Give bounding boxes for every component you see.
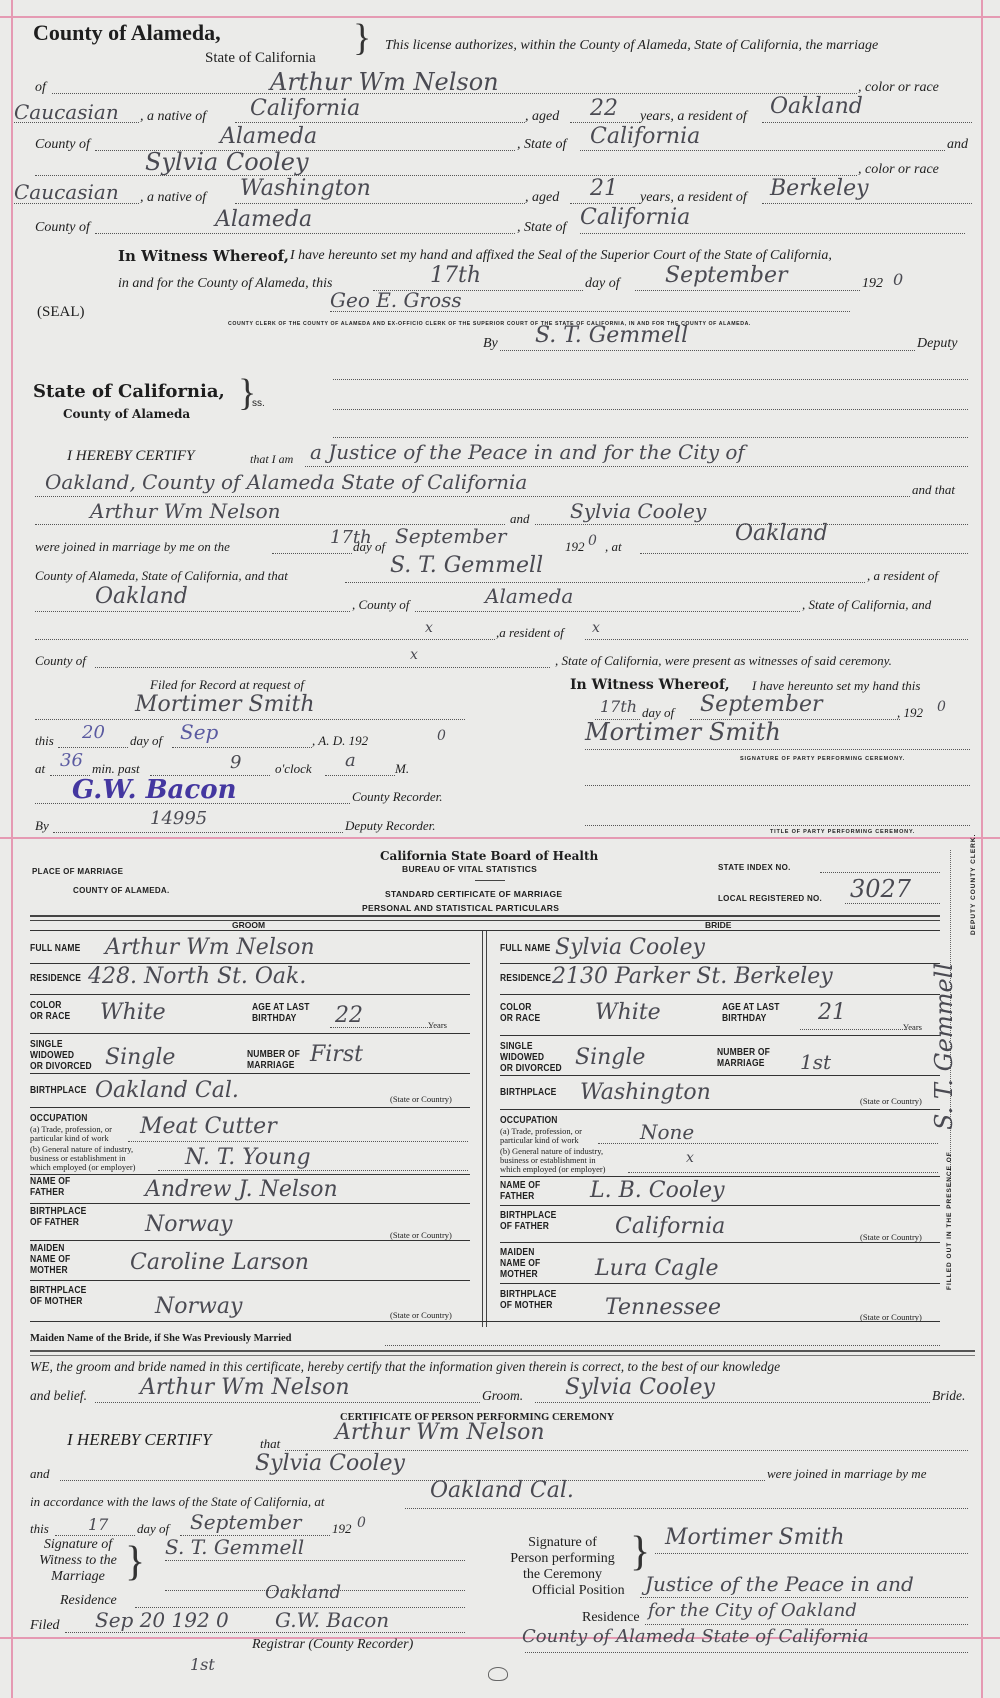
groom-single-label-1: SINGLE bbox=[30, 1039, 63, 1050]
cert-county-label-2: County of bbox=[35, 653, 86, 669]
groom-fbirth-label-1: BIRTHPLACE bbox=[30, 1206, 86, 1217]
filing-year-digit: 0 bbox=[437, 728, 446, 744]
bride-fbirth-label-2: OF FATHER bbox=[500, 1221, 549, 1232]
groom-age-label-1: AGE AT LAST bbox=[252, 1002, 310, 1013]
groom-color-label-1: COLOR bbox=[30, 1000, 62, 1011]
license-bride-race: Caucasian bbox=[14, 180, 119, 204]
bride-occupation-employer: x bbox=[686, 1150, 694, 1166]
recorder-signature: G.W. Bacon bbox=[72, 775, 236, 805]
filed-label: Filed bbox=[30, 1618, 60, 1634]
groom-age-label-2: BIRTHDAY bbox=[252, 1013, 297, 1024]
license-bride-name: Sylvia Cooley bbox=[145, 148, 309, 176]
groom-mbirth-hint: (State or Country) bbox=[390, 1311, 452, 1320]
years-resident-label: years, a resident of bbox=[640, 109, 747, 125]
bride-residence-label: RESIDENCE bbox=[500, 973, 551, 984]
bride-mother-maiden-name: Lura Cagle bbox=[595, 1256, 719, 1281]
license-groom-county: Alameda bbox=[220, 124, 317, 149]
bride-rule-4 bbox=[500, 1075, 940, 1076]
cert-at-label: , at bbox=[605, 539, 622, 555]
officiant-witness-heading: In Witness Whereof, bbox=[570, 677, 730, 693]
local-reg-line bbox=[845, 903, 940, 904]
bride-occ-a-dots bbox=[598, 1143, 938, 1144]
filing-deputy-value: 14995 bbox=[150, 808, 207, 829]
bride-age-dots bbox=[800, 1029, 905, 1030]
declaration-text: WE, the groom and bride named in this ce… bbox=[30, 1359, 780, 1375]
state-index-line bbox=[820, 872, 940, 873]
cert-county-heading: County of Alameda bbox=[63, 407, 190, 421]
deputy-recorder-label: Deputy Recorder. bbox=[345, 818, 436, 834]
native-of-label-2: , a native of bbox=[140, 190, 206, 206]
bride-occ-a2: particular kind of work bbox=[500, 1136, 579, 1145]
groom-father-label-2: FATHER bbox=[30, 1187, 64, 1198]
groom-rule-9 bbox=[30, 1280, 470, 1281]
groom-single-label-3: OR DIVORCED bbox=[30, 1061, 92, 1072]
witness1-county: Alameda bbox=[485, 584, 573, 608]
groom-rule-10 bbox=[30, 1321, 940, 1322]
side-signature: S. T. Gemmell bbox=[930, 963, 958, 1130]
maiden-double-rule bbox=[30, 1350, 975, 1356]
side-caption-clerk: DEPUTY COUNTY CLERK. bbox=[970, 834, 977, 935]
by-label: By bbox=[483, 336, 498, 352]
deputy-signature: S. T. Gemmell bbox=[535, 323, 688, 348]
groom-full-name: Arthur Wm Nelson bbox=[105, 935, 315, 960]
day-of-label: day of bbox=[585, 276, 620, 292]
cert-place-line bbox=[640, 553, 968, 554]
license-bride-state: California bbox=[580, 205, 690, 230]
groom-residence-label: RESIDENCE bbox=[30, 973, 81, 984]
oclock-label: o'clock bbox=[275, 761, 312, 777]
license-authorization-text: This license authorizes, within the Coun… bbox=[385, 38, 878, 54]
witness2-city-line bbox=[585, 639, 968, 640]
license-groom-state: California bbox=[590, 124, 700, 149]
bride-resident-line bbox=[762, 203, 972, 204]
clerk-signature: Geo E. Gross bbox=[330, 288, 462, 312]
groom-age: 22 bbox=[335, 1003, 363, 1028]
bride-state-line bbox=[580, 233, 965, 234]
maiden-name-label: Maiden Name of the Bride, if She Was Pre… bbox=[30, 1333, 292, 1344]
ceremony-bride-line bbox=[60, 1480, 765, 1481]
license-bride-county: Alameda bbox=[215, 207, 312, 232]
bride-age-line bbox=[570, 203, 640, 204]
filing-requester: Mortimer Smith bbox=[135, 692, 315, 717]
seal-label: (SEAL) bbox=[37, 304, 85, 321]
ceremony-place: Oakland Cal. bbox=[430, 1478, 574, 1503]
witness1-name: S. T. Gemmell bbox=[390, 553, 543, 578]
ceremony-month: September bbox=[190, 1510, 301, 1534]
bride-mbirth-label-1: BIRTHPLACE bbox=[500, 1289, 556, 1300]
officiant-year-prefix: , 192 bbox=[897, 705, 923, 721]
standard-cert-title: STANDARD CERTIFICATE OF MARRIAGE bbox=[385, 889, 562, 899]
bride-rule-3 bbox=[500, 1035, 940, 1036]
groom-rule-7 bbox=[30, 1203, 470, 1204]
joined-label: were joined in marriage by me on the bbox=[35, 539, 230, 555]
bride-rule-7 bbox=[500, 1205, 940, 1206]
cert-day-line bbox=[272, 553, 352, 554]
filed-request-label: Filed for Record at request of bbox=[150, 677, 304, 693]
groom-years-label: Years bbox=[428, 1021, 447, 1030]
bride-residence: 2130 Parker St. Berkeley bbox=[552, 964, 833, 989]
ceremony-place-line bbox=[405, 1508, 968, 1509]
cert-and-label: and bbox=[510, 511, 530, 527]
officiant-title-caption-line bbox=[585, 825, 970, 826]
groom-rule-8 bbox=[30, 1240, 470, 1241]
bureau-title: BUREAU OF VITAL STATISTICS bbox=[402, 864, 537, 874]
performer-label-3: the Ceremony bbox=[505, 1567, 620, 1583]
license-brace: } bbox=[353, 18, 371, 58]
bride-fbirth-label-1: BIRTHPLACE bbox=[500, 1210, 556, 1221]
cert-year-digit: 0 bbox=[588, 533, 597, 549]
groom-father-name: Andrew J. Nelson bbox=[145, 1177, 338, 1202]
groom-fbirth-hint: (State or Country) bbox=[390, 1231, 452, 1240]
license-groom-race: Caucasian bbox=[14, 100, 119, 124]
license-county-title: County of Alameda, bbox=[33, 20, 221, 46]
title-caption: TITLE OF PARTY PERFORMING CEREMONY. bbox=[770, 829, 915, 835]
filing-day-line bbox=[58, 747, 128, 748]
bride-age-label-2: BIRTHDAY bbox=[722, 1013, 767, 1024]
performer-residence-2: County of Alameda State of California bbox=[522, 1626, 869, 1647]
groom-full-name-label: FULL NAME bbox=[30, 943, 80, 954]
cert-month: September bbox=[395, 524, 506, 548]
bride-race-line bbox=[14, 203, 139, 204]
license-year-digit: 0 bbox=[893, 270, 903, 289]
and-that-label: and that bbox=[912, 482, 955, 498]
performer-residence-1: for the City of Oakland bbox=[648, 1600, 857, 1621]
filing-day: 20 bbox=[82, 722, 105, 743]
bride-years-label: Years bbox=[903, 1023, 922, 1032]
groom-num-label-2: MARRIAGE bbox=[247, 1060, 295, 1071]
bride-father-label-2: FATHER bbox=[500, 1191, 534, 1202]
witness2-name-line bbox=[35, 639, 495, 640]
bride-native-line bbox=[235, 203, 525, 204]
county-of-label: County of bbox=[35, 137, 90, 153]
filing-day-of-label: day of bbox=[130, 733, 162, 749]
ceremony-day-line bbox=[55, 1535, 135, 1536]
groom-signature: Arthur Wm Nelson bbox=[140, 1375, 350, 1400]
bride-birthplace-label: BIRTHPLACE bbox=[500, 1087, 556, 1098]
officiant-day: 17th bbox=[600, 697, 637, 716]
bride-mother-label-3: MOTHER bbox=[500, 1269, 538, 1280]
filing-month-line bbox=[172, 747, 312, 748]
ceremony-joined-label: were joined in marriage by me bbox=[767, 1466, 926, 1482]
bureau-divider bbox=[475, 880, 505, 881]
groom-residence: 428. North St. Oak. bbox=[88, 964, 306, 989]
cert-groom-name: Arthur Wm Nelson bbox=[90, 499, 281, 523]
ceremony-bride: Sylvia Cooley bbox=[255, 1451, 405, 1476]
performer-label-2: Person performing bbox=[505, 1551, 620, 1567]
requester-line bbox=[35, 719, 465, 720]
witness-residence-label: Residence bbox=[60, 1593, 117, 1609]
bride-number-of-marriage: 1st bbox=[800, 1050, 831, 1074]
m-label: M. bbox=[395, 761, 409, 777]
officiant-title-1: a Justice of the Peace in and for the Ci… bbox=[310, 440, 745, 464]
local-reg-value: 3027 bbox=[850, 875, 911, 903]
groom-state-line bbox=[580, 150, 945, 151]
bride-birthplace-hint: (State or Country) bbox=[860, 1097, 922, 1106]
groom-birthplace-hint: (State or Country) bbox=[390, 1095, 452, 1104]
performer-residence-line-1 bbox=[645, 1624, 968, 1625]
groom-rule-4 bbox=[30, 1073, 470, 1074]
bride-county-line bbox=[95, 233, 515, 234]
license-bride-resident: Berkeley bbox=[770, 176, 869, 201]
bride-rule-5 bbox=[500, 1109, 940, 1110]
witness-signature-line-1 bbox=[165, 1560, 465, 1561]
marriage-record-page: County of Alameda, State of California }… bbox=[0, 0, 1000, 1698]
registrar-signature: G.W. Bacon bbox=[275, 1608, 389, 1632]
cert-certify-label: I HEREBY CERTIFY bbox=[67, 448, 195, 465]
maiden-name-line bbox=[385, 1345, 940, 1346]
filing-at-label: at bbox=[35, 761, 45, 777]
bride-header: BRIDE bbox=[705, 920, 731, 930]
performer-brace: } bbox=[630, 1530, 650, 1574]
bride-single-label-3: OR DIVORCED bbox=[500, 1063, 562, 1074]
bride-full-name: Sylvia Cooley bbox=[555, 935, 705, 960]
county-recorder-label: County Recorder. bbox=[352, 789, 443, 805]
groom-mother-maiden-name: Caroline Larson bbox=[130, 1250, 309, 1275]
blank-line-3 bbox=[333, 437, 968, 438]
groom-mother-birthplace: Norway bbox=[155, 1294, 242, 1319]
color-race-label: , color or race bbox=[858, 80, 939, 96]
witness-sig-label-1: Signature of bbox=[33, 1537, 123, 1553]
license-day: 17th bbox=[430, 263, 481, 288]
officiant-month: September bbox=[700, 692, 823, 717]
filed-value: Sep 20 192 0 bbox=[95, 1608, 229, 1632]
groom-rule-5 bbox=[30, 1107, 470, 1108]
state-of-label-2: , State of bbox=[517, 220, 566, 236]
license-groom-native-of: California bbox=[250, 96, 360, 121]
present-label: , State of California, were present as w… bbox=[555, 653, 892, 669]
witness1-name-line bbox=[345, 582, 865, 583]
groom-occupation-employer: N. T. Young bbox=[185, 1145, 311, 1170]
and-label: and bbox=[947, 137, 968, 153]
that-i-am-label: that I am bbox=[250, 452, 293, 467]
witness2-county: x bbox=[410, 647, 418, 663]
year-prefix: 192 bbox=[862, 276, 883, 292]
bride-rule-2 bbox=[500, 994, 940, 995]
cert-county-of-label: , County of bbox=[352, 597, 409, 613]
bride-mbirth-label-2: OF MOTHER bbox=[500, 1300, 553, 1311]
header-double-rule bbox=[30, 915, 940, 921]
bride-father-birthplace: California bbox=[615, 1214, 725, 1239]
performer-residence-line-2 bbox=[525, 1652, 968, 1653]
officiant-year-digit: 0 bbox=[937, 699, 946, 715]
groom-occupation-label: OCCUPATION bbox=[30, 1113, 88, 1124]
bride-rule-9 bbox=[500, 1283, 940, 1284]
groom-marital-status: Single bbox=[105, 1045, 175, 1070]
performer-signature-label: Signature of Person performing the Cerem… bbox=[505, 1535, 620, 1583]
ceremony-year-prefix: 192 bbox=[332, 1521, 352, 1537]
groom-age-line bbox=[570, 122, 640, 123]
performer-residence-label: Residence bbox=[582, 1610, 640, 1626]
side-caption-presence: FILLED OUT IN THE PRESENCE OF bbox=[946, 1151, 953, 1290]
filing-hour: 9 bbox=[230, 752, 241, 773]
bride-age: 21 bbox=[818, 1000, 846, 1025]
deputy-recorder-line bbox=[53, 832, 343, 833]
groom-rule-2 bbox=[30, 994, 470, 995]
groom-single-label-2: WIDOWED bbox=[30, 1050, 74, 1061]
local-reg-label: LOCAL REGISTERED NO. bbox=[718, 894, 822, 903]
officiant-title-2: Oakland, County of Alameda State of Cali… bbox=[45, 470, 527, 494]
witness-signature-label: Signature of Witness to the Marriage bbox=[33, 1537, 123, 1585]
license-bride-age: 21 bbox=[590, 176, 618, 201]
bride-father-name: L. B. Cooley bbox=[590, 1178, 725, 1203]
witness1-city: Oakland bbox=[95, 584, 188, 609]
performer-signature: Mortimer Smith bbox=[665, 1525, 845, 1550]
bride-father-label-1: NAME OF bbox=[500, 1180, 540, 1191]
witness-residence: Oakland bbox=[265, 1582, 341, 1603]
county-and-that-label: County of Alameda, State of California, … bbox=[35, 568, 288, 584]
signature-caption: SIGNATURE OF PARTY PERFORMING CEREMONY. bbox=[740, 756, 905, 762]
bride-num-label-1: NUMBER OF bbox=[717, 1047, 770, 1058]
performer-label-1: Signature of bbox=[505, 1535, 620, 1551]
bride-rule-8 bbox=[500, 1242, 940, 1243]
groom-fbirth-label-2: OF FATHER bbox=[30, 1217, 79, 1228]
witness2-city: x bbox=[592, 620, 600, 636]
groom-occ-b-dots bbox=[158, 1170, 468, 1171]
witness2-name: x bbox=[425, 620, 433, 636]
ceremony-this-label: this bbox=[30, 1521, 49, 1537]
ceremony-certify-label: I HEREBY CERTIFY bbox=[67, 1430, 212, 1450]
groom-father-birthplace: Norway bbox=[145, 1212, 232, 1237]
bride-label: Bride. bbox=[932, 1388, 965, 1404]
ceremony-groom: Arthur Wm Nelson bbox=[335, 1420, 545, 1445]
groom-occ-a-dots bbox=[128, 1141, 468, 1142]
county-this-label: in and for the County of Alameda, this bbox=[118, 276, 332, 292]
witness-sig-label-2: Witness to the bbox=[33, 1553, 123, 1569]
bride-signature-line bbox=[535, 1402, 930, 1403]
meridiem-line bbox=[325, 775, 395, 776]
officiant-title-line-2 bbox=[35, 496, 910, 497]
bride-occupation-label: OCCUPATION bbox=[500, 1115, 558, 1126]
witness1-county-line bbox=[415, 611, 800, 612]
state-and-label: , State of California, and bbox=[802, 597, 931, 613]
license-witness-text: I have hereunto set my hand and affixed … bbox=[290, 248, 832, 264]
license-state-subtitle: State of California bbox=[205, 50, 316, 67]
blank-line-1 bbox=[333, 379, 968, 380]
groom-num-label-1: NUMBER OF bbox=[247, 1049, 300, 1060]
bride-occ-b3: which employed (or employer) bbox=[500, 1165, 606, 1174]
cert-state-heading: State of California, bbox=[33, 381, 225, 402]
row-rule-0 bbox=[30, 930, 940, 931]
license-month: September bbox=[665, 263, 788, 288]
footer-note: 1st bbox=[190, 1655, 215, 1674]
groom-mbirth-label-1: BIRTHPLACE bbox=[30, 1285, 86, 1296]
bride-occ-b-dots bbox=[628, 1172, 938, 1173]
official-position-label: Official Position bbox=[532, 1583, 625, 1599]
filing-minutes: 36 bbox=[60, 750, 83, 771]
filing-this-label: this bbox=[35, 733, 54, 749]
filing-by-label: By bbox=[35, 818, 49, 834]
groom-signature-line bbox=[95, 1402, 480, 1403]
ad-label: , A. D. 192 bbox=[312, 733, 368, 749]
witness-brace: } bbox=[125, 1540, 145, 1584]
groom-birthplace: Oakland Cal. bbox=[95, 1078, 239, 1103]
bride-full-name-label: FULL NAME bbox=[500, 943, 550, 954]
particulars-title: PERSONAL AND STATISTICAL PARTICULARS bbox=[362, 903, 559, 913]
bride-num-label-2: MARRIAGE bbox=[717, 1058, 765, 1069]
aged-label: , aged bbox=[525, 109, 559, 125]
witness2-county-line bbox=[95, 667, 550, 668]
groom-color-label-2: OR RACE bbox=[30, 1011, 70, 1022]
a-resident-of-label: ,a resident of bbox=[496, 625, 564, 641]
officiant-title-line-blank bbox=[585, 785, 970, 786]
license-groom-name: Arthur Wm Nelson bbox=[270, 68, 499, 96]
clerk-month-line bbox=[635, 290, 860, 291]
top-rule bbox=[0, 16, 1000, 18]
laws-label: in accordance with the laws of the State… bbox=[30, 1494, 325, 1510]
bride-color: White bbox=[595, 1000, 661, 1025]
section-divider-rule bbox=[0, 837, 1000, 839]
groom-mbirth-label-2: OF MOTHER bbox=[30, 1296, 83, 1307]
officiant-signature: Mortimer Smith bbox=[585, 718, 781, 746]
blank-line-2 bbox=[333, 409, 968, 410]
bride-mother-birthplace: Tennessee bbox=[605, 1295, 721, 1320]
license-bride-native-of: Washington bbox=[240, 176, 371, 201]
cert-year-prefix: 192 bbox=[565, 539, 585, 555]
ceremony-day: 17 bbox=[88, 1515, 108, 1534]
license-groom-age: 22 bbox=[590, 96, 618, 121]
officiant-title-line bbox=[305, 466, 968, 467]
county-of-label-2: County of bbox=[35, 220, 90, 236]
place-of-marriage-value: COUNTY OF ALAMEDA. bbox=[73, 886, 170, 895]
board-title: California State Board of Health bbox=[380, 849, 598, 863]
witness-sig-label-3: Marriage bbox=[33, 1569, 123, 1585]
groom-occupation-trade: Meat Cutter bbox=[140, 1114, 277, 1139]
resident-of-label: , a resident of bbox=[867, 568, 938, 584]
license-witness-heading: In Witness Whereof, bbox=[118, 247, 289, 265]
groom-label: Groom. bbox=[482, 1388, 523, 1404]
groom-color: White bbox=[100, 1000, 166, 1025]
bride-color-label-2: OR RACE bbox=[500, 1013, 540, 1024]
column-divider bbox=[482, 930, 487, 1327]
official-position: Justice of the Peace in and bbox=[645, 1572, 914, 1596]
groom-age-dots bbox=[330, 1027, 430, 1028]
bride-occupation-trade: None bbox=[640, 1120, 694, 1144]
bride-mother-label-2: NAME OF bbox=[500, 1258, 540, 1269]
bride-age-label-1: AGE AT LAST bbox=[722, 1002, 780, 1013]
right-margin-rule bbox=[981, 0, 983, 1698]
bride-signature: Sylvia Cooley bbox=[565, 1375, 715, 1400]
deputy-line bbox=[500, 350, 915, 351]
official-position-line bbox=[640, 1597, 968, 1598]
ceremony-year-digit: 0 bbox=[357, 1515, 366, 1531]
years-resident-label-2: years, a resident of bbox=[640, 190, 747, 206]
bride-mbirth-hint: (State or Country) bbox=[860, 1313, 922, 1322]
groom-father-label-1: NAME OF bbox=[30, 1176, 70, 1187]
native-of-label: , a native of bbox=[140, 109, 206, 125]
bride-fbirth-hint: (State or Country) bbox=[860, 1233, 922, 1242]
groom-rule-6 bbox=[30, 1174, 470, 1175]
groom-occ-a2: particular kind of work bbox=[30, 1134, 109, 1143]
groom-resident-line bbox=[762, 122, 972, 123]
color-race-label-2: , color or race bbox=[858, 162, 939, 178]
bride-marital-status: Single bbox=[575, 1045, 645, 1070]
bride-rule-6 bbox=[500, 1176, 940, 1177]
groom-mother-label-2: NAME OF bbox=[30, 1254, 70, 1265]
ss-label: ss. bbox=[252, 398, 265, 409]
performer-signature-line bbox=[655, 1553, 968, 1554]
registrar-label: Registrar (County Recorder) bbox=[252, 1637, 413, 1653]
of-label: of bbox=[35, 80, 46, 96]
belief-label: and belief. bbox=[30, 1388, 87, 1404]
state-of-label: , State of bbox=[517, 137, 566, 153]
ceremony-that-label: that bbox=[260, 1436, 280, 1452]
groom-mother-label-1: MAIDEN bbox=[30, 1243, 65, 1254]
groom-occ-b3: which employed (or employer) bbox=[30, 1163, 136, 1172]
cert-day-of-label: day of bbox=[353, 539, 385, 555]
filed-line bbox=[65, 1632, 465, 1633]
filing-month: Sep bbox=[180, 720, 218, 744]
printer-mark-icon bbox=[488, 1667, 508, 1681]
